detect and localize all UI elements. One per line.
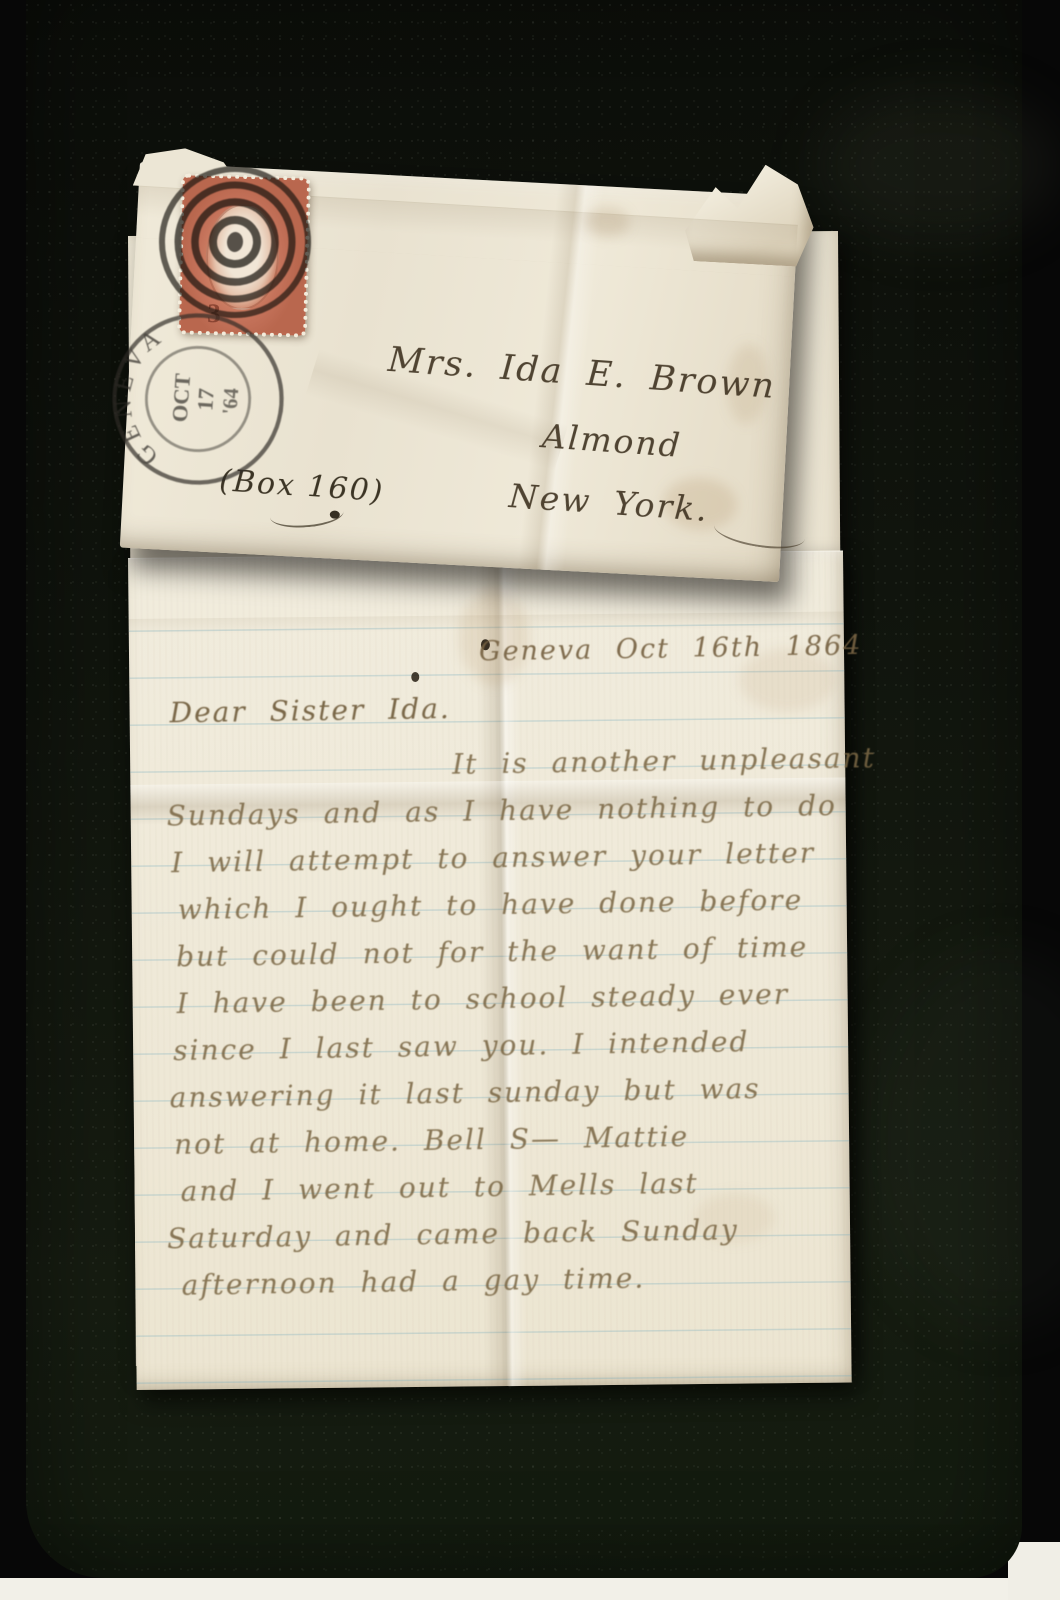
ink-blot xyxy=(411,672,419,682)
postmark-day: 17 xyxy=(192,387,219,411)
letter-line: It is another unpleasant xyxy=(452,742,876,781)
letter-dateline: Geneva Oct 16th 1864 xyxy=(479,630,863,667)
postmark-datestamp: GENEVA OCT 17 '64 xyxy=(100,301,296,497)
photo-scene: Geneva Oct 16th 1864 Dear Sister Ida. It… xyxy=(0,0,1060,1600)
mat-sheen xyxy=(820,90,1060,240)
postmark-year: '64 xyxy=(219,387,243,415)
scan-background-strip xyxy=(0,1578,1060,1600)
postmark-month: OCT xyxy=(167,373,195,423)
target-cancel-mark xyxy=(155,162,315,322)
scan-background-corner xyxy=(1008,1542,1060,1600)
letter-salutation: Dear Sister Ida. xyxy=(169,693,451,730)
letter-front-page: Geneva Oct 16th 1864 Dear Sister Ida. It… xyxy=(128,551,852,1390)
target-cancel-circles xyxy=(155,162,315,322)
